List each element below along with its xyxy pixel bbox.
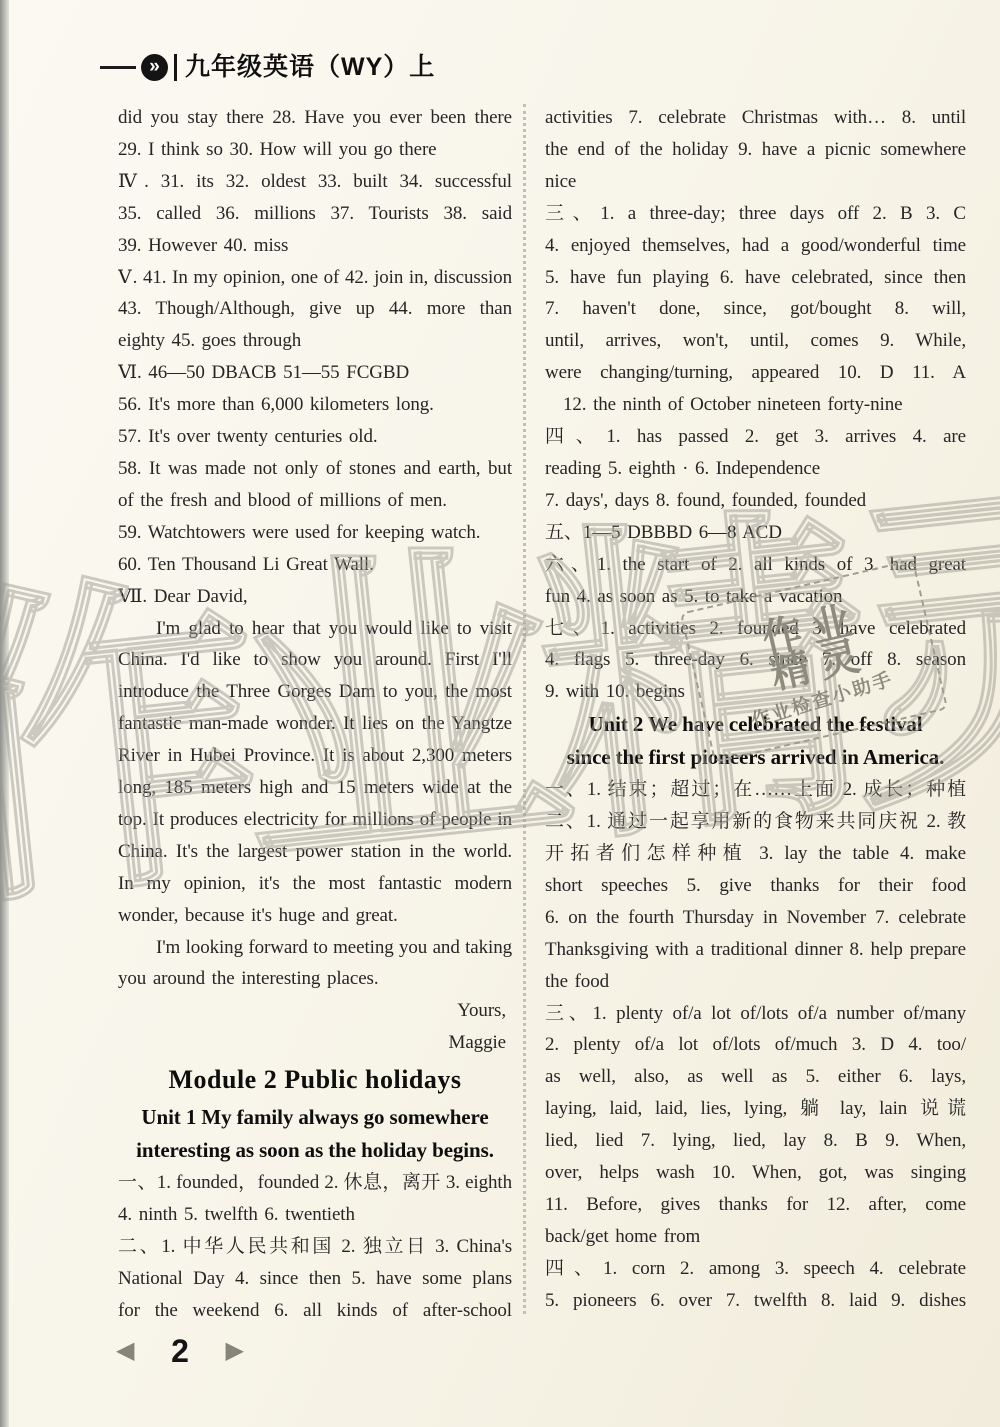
text-line: top. It produces electricity for million… bbox=[118, 804, 512, 836]
column-divider bbox=[523, 104, 526, 1314]
right-column: activities 7. celebrate Christmas with… … bbox=[545, 102, 966, 1332]
text-line: 4. flags 5. three-day 6. since 7. off 8.… bbox=[545, 644, 966, 676]
text-line: 57. It's over twenty centuries old. bbox=[118, 421, 512, 453]
text-line: Unit 2 We have celebrated the festival bbox=[545, 708, 966, 741]
page-number: 2 bbox=[171, 1333, 189, 1369]
text-line: China. It's the largest power station in… bbox=[118, 836, 512, 868]
text-line: Ⅶ. Dear David, bbox=[118, 581, 512, 613]
text-line: fantastic man-made wonder. It lies on th… bbox=[118, 708, 512, 740]
text-line: 5. have fun playing 6. have celebrated, … bbox=[545, 262, 966, 294]
text-line: 4. enjoyed themselves, had a good/wonder… bbox=[545, 230, 966, 262]
text-line: activities 7. celebrate Christmas with… … bbox=[545, 102, 966, 134]
text-line: the food bbox=[545, 966, 966, 998]
text-line: Ⅳ. 31. its 32. oldest 33. built 34. succ… bbox=[118, 166, 512, 198]
text-line: 43. Though/Although, give up 44. more th… bbox=[118, 293, 512, 325]
text-line: 6. on the fourth Thursday in November 7.… bbox=[545, 902, 966, 934]
header-divider-bar bbox=[174, 54, 177, 81]
text-line: I'm glad to hear that you would like to … bbox=[118, 613, 512, 645]
text-line: In my opinion, it's the most fantastic m… bbox=[118, 868, 512, 900]
text-line: 9. with 10. begins bbox=[545, 676, 966, 708]
text-line: 2. plenty of/a lot of/lots of/much 3. D … bbox=[545, 1029, 966, 1061]
text-line: Yours, bbox=[118, 995, 512, 1027]
text-line: did you stay there 28. Have you ever bee… bbox=[118, 102, 512, 134]
text-line: laying, laid, laid, lies, lying, 躺 lay, … bbox=[545, 1093, 966, 1125]
text-line: Module 2 Public holidays bbox=[118, 1059, 512, 1101]
prev-page-icon: ◀ bbox=[116, 1339, 134, 1363]
page-edge-shadow bbox=[0, 0, 9, 1427]
text-line: 开拓者们怎样种植 3. lay the table 4. make bbox=[545, 838, 966, 870]
text-line: 60. Ten Thousand Li Great Wall. bbox=[118, 549, 512, 581]
text-line: of the fresh and blood of millions of me… bbox=[118, 485, 512, 517]
text-line: 四、1. corn 2. among 3. speech 4. celebrat… bbox=[545, 1253, 966, 1285]
text-line: 7. haven't done, since, got/bought 8. wi… bbox=[545, 293, 966, 325]
text-line: 7. days', days 8. found, founded, founde… bbox=[545, 485, 966, 517]
text-line: Ⅴ. 41. In my opinion, one of 42. join in… bbox=[118, 262, 512, 294]
text-line: 二、1. 中华人民共和国 2. 独立日 3. China's bbox=[118, 1231, 512, 1263]
text-line: 六、1. the start of 2. all kinds of 3. had… bbox=[545, 549, 966, 581]
text-line: 五、1—5 DBBBD 6—8 ACD bbox=[545, 517, 966, 549]
fast-forward-icon: » bbox=[141, 54, 168, 81]
text-line: 四、1. has passed 2. get 3. arrives 4. are bbox=[545, 421, 966, 453]
text-line: 11. Before, gives thanks for 12. after, … bbox=[545, 1189, 966, 1221]
text-line: 56. It's more than 6,000 kilometers long… bbox=[118, 389, 512, 421]
text-line: the end of the holiday 9. have a picnic … bbox=[545, 134, 966, 166]
text-line: introduce the Three Gorges Dam to you, t… bbox=[118, 676, 512, 708]
text-line: 二、1. 通过一起享用新的食物来共同庆祝 2. 教 bbox=[545, 806, 966, 838]
text-line: National Day 4. since then 5. have some … bbox=[118, 1263, 512, 1295]
text-line: 4. ninth 5. twelfth 6. twentieth bbox=[118, 1199, 512, 1231]
text-line: as well, also, as well as 5. either 6. l… bbox=[545, 1061, 966, 1093]
text-line: 三、1. plenty of/a lot of/lots of/a number… bbox=[545, 998, 966, 1030]
header-rule bbox=[100, 66, 136, 69]
text-line: reading 5. eighth · 6. Independence bbox=[545, 453, 966, 485]
text-line: Ⅵ. 46—50 DBACB 51—55 FCGBD bbox=[118, 357, 512, 389]
text-line: long, 185 meters high and 15 meters wide… bbox=[118, 772, 512, 804]
text-line: until, arrives, won't, until, comes 9. W… bbox=[545, 325, 966, 357]
text-line: 35. called 36. millions 37. Tourists 38.… bbox=[118, 198, 512, 230]
text-line: 5. pioneers 6. over 7. twelfth 8. laid 9… bbox=[545, 1285, 966, 1317]
text-line: Thanksgiving with a traditional dinner 8… bbox=[545, 934, 966, 966]
text-line: 一、1. founded，founded 2. 休息，离开 3. eighth bbox=[118, 1167, 512, 1199]
text-line: 29. I think so 30. How will you go there bbox=[118, 134, 512, 166]
text-line: Maggie bbox=[118, 1027, 512, 1059]
page-header: » 九年级英语（WY）上 bbox=[100, 52, 435, 82]
book-title: 九年级英语（WY）上 bbox=[185, 52, 435, 82]
text-line: fun 4. as soon as 5. to take a vacation bbox=[545, 581, 966, 613]
text-line: nice bbox=[545, 166, 966, 198]
text-line: short speeches 5. give thanks for their … bbox=[545, 870, 966, 902]
text-line: eighty 45. goes through bbox=[118, 325, 512, 357]
left-column: did you stay there 28. Have you ever bee… bbox=[118, 102, 512, 1332]
text-line: 12. the ninth of October nineteen forty-… bbox=[545, 389, 966, 421]
text-line: I'm looking forward to meeting you and t… bbox=[118, 932, 512, 964]
scanned-page: » 九年级英语（WY）上 did you stay there 28. Have… bbox=[0, 0, 1000, 1427]
text-line: interesting as soon as the holiday begin… bbox=[118, 1134, 512, 1167]
text-line: for the weekend 6. all kinds of after-sc… bbox=[118, 1295, 512, 1327]
text-line: 一、1. 结束；超过；在……上面 2. 成长；种植 bbox=[545, 774, 966, 806]
text-line: 58. It was made not only of stones and e… bbox=[118, 453, 512, 485]
text-line: since the first pioneers arrived in Amer… bbox=[545, 741, 966, 774]
text-line: River in Hubei Province. It is about 2,3… bbox=[118, 740, 512, 772]
text-line: 39. However 40. miss bbox=[118, 230, 512, 262]
text-line: 59. Watchtowers were used for keeping wa… bbox=[118, 517, 512, 549]
text-line: were changing/turning, appeared 10. D 11… bbox=[545, 357, 966, 389]
text-line: back/get home from bbox=[545, 1221, 966, 1253]
text-line: over, helps wash 10. When, got, was sing… bbox=[545, 1157, 966, 1189]
text-line: Unit 1 My family always go somewhere bbox=[118, 1101, 512, 1134]
text-line: China. I'd like to show you around. Firs… bbox=[118, 644, 512, 676]
next-page-icon: ▶ bbox=[226, 1339, 244, 1363]
text-line: 七、1. activities 2. founded 3. have celeb… bbox=[545, 613, 966, 645]
text-line: lied, lied 7. lying, lied, lay 8. B 9. W… bbox=[545, 1125, 966, 1157]
text-line: 三、1. a three-day; three days off 2. B 3.… bbox=[545, 198, 966, 230]
text-line: wonder, because it's huge and great. bbox=[118, 900, 512, 932]
text-line: you around the interesting places. bbox=[118, 963, 512, 995]
page-footer: ◀ 2 ▶ bbox=[116, 1328, 244, 1374]
